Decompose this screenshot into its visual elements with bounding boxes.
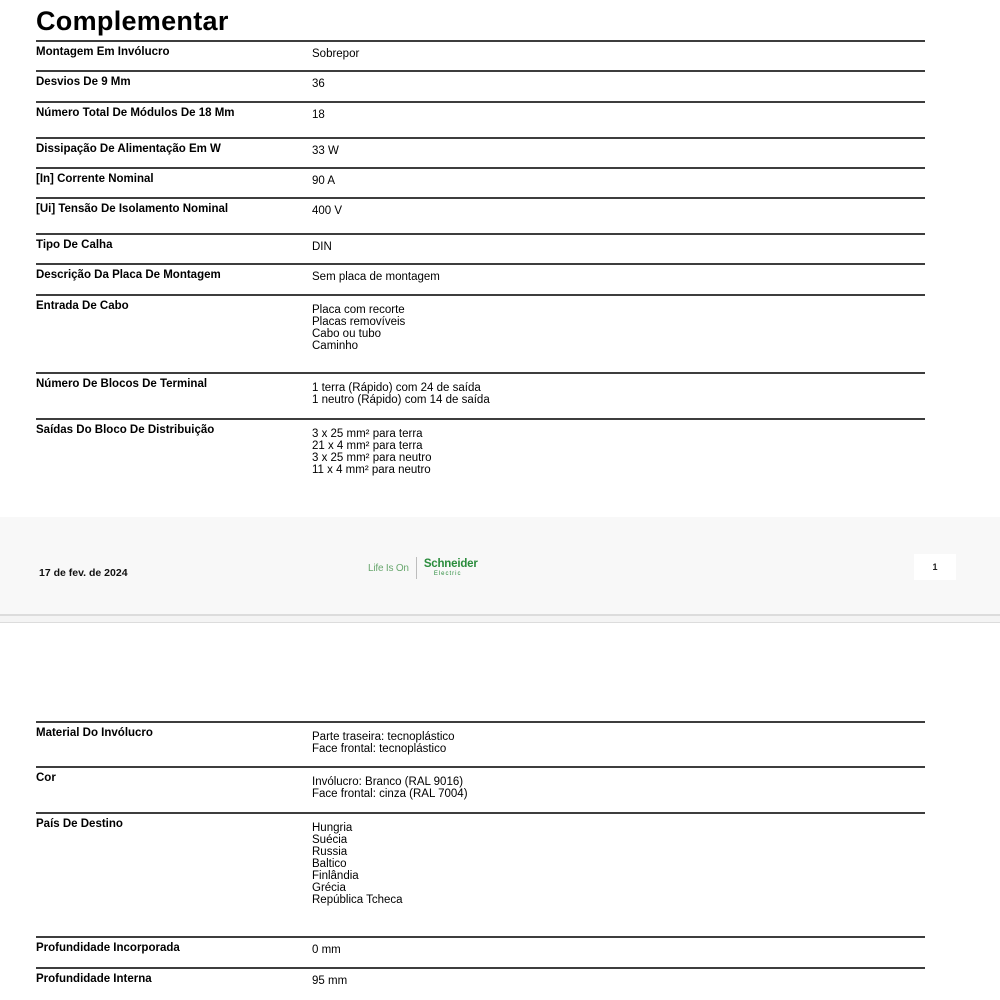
- spec-value: Grécia: [312, 882, 925, 894]
- spec-row: Saídas Do Bloco De Distribuição3 x 25 mm…: [36, 418, 925, 498]
- spec-values: Sobrepor: [312, 46, 925, 70]
- spec-label: Entrada De Cabo: [36, 300, 312, 372]
- spec-value: DIN: [312, 241, 925, 253]
- spec-value: Face frontal: tecnoplástico: [312, 743, 925, 755]
- spec-values: 400 V: [312, 203, 925, 233]
- brand-sub: Electric: [434, 571, 478, 577]
- spec-label: Tipo De Calha: [36, 239, 312, 263]
- spec-value: Suécia: [312, 834, 925, 846]
- spec-label: Material Do Invólucro: [36, 727, 312, 766]
- spec-value: Placas removíveis: [312, 316, 925, 328]
- spec-label: Saídas Do Bloco De Distribuição: [36, 424, 312, 498]
- spec-value: Sobrepor: [312, 48, 925, 60]
- spec-value: 36: [312, 78, 925, 90]
- spec-row: Montagem Em InvólucroSobrepor: [36, 40, 925, 70]
- spec-values: 33 W: [312, 143, 925, 167]
- spec-values: 3 x 25 mm² para terra21 x 4 mm² para ter…: [312, 424, 925, 498]
- spec-label: [Ui] Tensão De Isolamento Nominal: [36, 203, 312, 233]
- spec-label: Dissipação De Alimentação Em W: [36, 143, 312, 167]
- spec-label: Cor: [36, 772, 312, 812]
- page-footer: 17 de fev. de 2024 Life Is On Schneider …: [0, 517, 1000, 614]
- spec-value: 33 W: [312, 145, 925, 157]
- spec-values: Invólucro: Branco (RAL 9016)Face frontal…: [312, 772, 925, 812]
- brand-logo-block: Life Is On Schneider Electric: [368, 554, 478, 582]
- brand-divider: [416, 557, 417, 579]
- spec-value: Cabo ou tubo: [312, 328, 925, 340]
- spec-value: Sem placa de montagem: [312, 271, 925, 283]
- page-separator: [0, 614, 1000, 623]
- spec-table-page-2: Material Do InvólucroParte traseira: tec…: [36, 721, 925, 997]
- spec-value: República Tcheca: [312, 894, 925, 906]
- brand-tagline: Life Is On: [368, 563, 409, 574]
- footer-date: 17 de fev. de 2024: [39, 567, 149, 579]
- spec-label: Desvios De 9 Mm: [36, 76, 312, 101]
- spec-label: País De Destino: [36, 818, 312, 936]
- spec-values: Sem placa de montagem: [312, 269, 925, 294]
- spec-row: Profundidade Interna95 mm: [36, 967, 925, 997]
- spec-values: Parte traseira: tecnoplásticoFace fronta…: [312, 727, 925, 766]
- page-1: Complementar Montagem Em InvólucroSobrep…: [0, 0, 1000, 517]
- spec-values: 1 terra (Rápido) com 24 de saída1 neutro…: [312, 378, 925, 418]
- spec-value: 90 A: [312, 175, 925, 187]
- spec-row: Profundidade Incorporada0 mm: [36, 936, 925, 967]
- spec-row: Número De Blocos De Terminal1 terra (Ráp…: [36, 372, 925, 418]
- spec-label: Número De Blocos De Terminal: [36, 378, 312, 418]
- spec-row: [In] Corrente Nominal90 A: [36, 167, 925, 197]
- spec-value: 21 x 4 mm² para terra: [312, 440, 925, 452]
- spec-row: Desvios De 9 Mm36: [36, 70, 925, 101]
- spec-value: 11 x 4 mm² para neutro: [312, 464, 925, 476]
- spec-values: Placa com recortePlacas removíveisCabo o…: [312, 300, 925, 372]
- spec-values: 36: [312, 76, 925, 101]
- page-2: Material Do InvólucroParte traseira: tec…: [0, 623, 1000, 1000]
- spec-value: 1 neutro (Rápido) com 14 de saída: [312, 394, 925, 406]
- page-number: 1: [914, 554, 956, 580]
- spec-value: 18: [312, 109, 925, 121]
- spec-label: Profundidade Incorporada: [36, 942, 312, 967]
- spec-values: 0 mm: [312, 942, 925, 967]
- spec-row: Entrada De CaboPlaca com recortePlacas r…: [36, 294, 925, 372]
- spec-value: 400 V: [312, 205, 925, 217]
- spec-row: CorInvólucro: Branco (RAL 9016)Face fron…: [36, 766, 925, 812]
- spec-value: 3 x 25 mm² para terra: [312, 428, 925, 440]
- spec-values: 95 mm: [312, 973, 925, 997]
- spec-value: Parte traseira: tecnoplástico: [312, 731, 925, 743]
- spec-value: 1 terra (Rápido) com 24 de saída: [312, 382, 925, 394]
- spec-row: Tipo De CalhaDIN: [36, 233, 925, 263]
- spec-row: [Ui] Tensão De Isolamento Nominal400 V: [36, 197, 925, 233]
- spec-table-page-1: Montagem Em InvólucroSobreporDesvios De …: [36, 40, 925, 498]
- spec-value: 3 x 25 mm² para neutro: [312, 452, 925, 464]
- spec-value: Placa com recorte: [312, 304, 925, 316]
- spec-label: Descrição Da Placa De Montagem: [36, 269, 312, 294]
- spec-values: DIN: [312, 239, 925, 263]
- spec-label: Montagem Em Invólucro: [36, 46, 312, 70]
- spec-values: 18: [312, 107, 925, 137]
- spec-value: Finlândia: [312, 870, 925, 882]
- spec-value: Caminho: [312, 340, 925, 352]
- spec-label: Número Total De Módulos De 18 Mm: [36, 107, 312, 137]
- spec-row: País De DestinoHungriaSuéciaRussiaBaltic…: [36, 812, 925, 936]
- brand-name: Schneider: [424, 559, 478, 571]
- schneider-logo-icon: Schneider Electric: [424, 559, 478, 577]
- spec-value: Invólucro: Branco (RAL 9016): [312, 776, 925, 788]
- section-title: Complementar: [36, 6, 229, 37]
- spec-label: Profundidade Interna: [36, 973, 312, 997]
- spec-row: Descrição Da Placa De MontagemSem placa …: [36, 263, 925, 294]
- spec-value: 95 mm: [312, 975, 925, 987]
- spec-value: Face frontal: cinza (RAL 7004): [312, 788, 925, 800]
- spec-label: [In] Corrente Nominal: [36, 173, 312, 197]
- spec-value: Baltico: [312, 858, 925, 870]
- spec-value: Hungria: [312, 822, 925, 834]
- spec-values: HungriaSuéciaRussiaBalticoFinlândiaGréci…: [312, 818, 925, 936]
- spec-row: Dissipação De Alimentação Em W33 W: [36, 137, 925, 167]
- spec-values: 90 A: [312, 173, 925, 197]
- spec-row: Número Total De Módulos De 18 Mm18: [36, 101, 925, 137]
- spec-row: Material Do InvólucroParte traseira: tec…: [36, 721, 925, 766]
- spec-value: 0 mm: [312, 944, 925, 956]
- spec-value: Russia: [312, 846, 925, 858]
